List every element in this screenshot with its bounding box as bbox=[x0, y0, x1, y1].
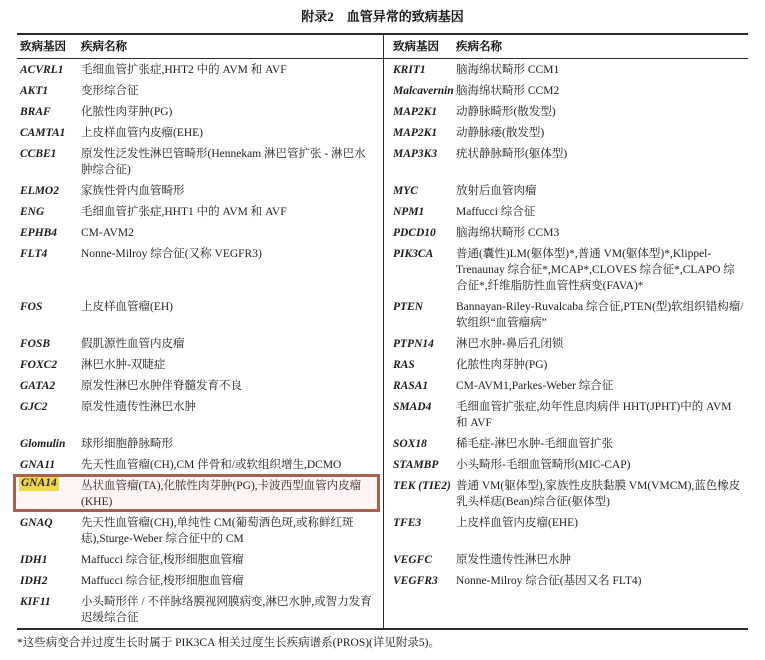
disease-name: 普通(囊性)LM(躯体型)*,普通 VM(躯体型)*,Klippel-Trena… bbox=[456, 243, 748, 296]
disease-name: 脑海绵状畸形 CCM1 bbox=[456, 59, 748, 80]
disease-name: 原发性遗传性淋巴水肿 bbox=[456, 549, 748, 570]
table-header-row: 致病基因 疾病名称 致病基因 疾病名称 bbox=[17, 33, 748, 59]
table-footnote: *这些病变合并过度生长时属于 PIK3CA 相关过度生长疾病谱系(PROS)(详… bbox=[17, 636, 748, 651]
gene-name: MYC bbox=[390, 180, 456, 201]
disease-name: CM-AVM2 bbox=[81, 222, 377, 243]
disease-name: 球形细胞静脉畸形 bbox=[81, 433, 377, 454]
row-left-half: GNAQ先天性血管瘤(CH),单纯性 CM(葡萄酒色斑,或称鲜红斑痣),Stur… bbox=[17, 512, 383, 549]
disease-name: 脑海绵状畸形 CCM3 bbox=[456, 222, 748, 243]
gene-name: MAP3K3 bbox=[390, 143, 456, 180]
gene-name: MAP2K1 bbox=[390, 101, 456, 122]
gene-name: GATA2 bbox=[17, 375, 81, 396]
disease-name: 放射后血管肉瘤 bbox=[456, 180, 748, 201]
row-left-half: AKT1变形综合征 bbox=[17, 80, 383, 101]
gene-name: FOXC2 bbox=[17, 354, 81, 375]
gene-name: GJC2 bbox=[17, 396, 81, 433]
gene-name: PIK3CA bbox=[390, 243, 456, 296]
gene-name: Malcavernin bbox=[390, 80, 456, 101]
disease-name: Maffucci 综合征 bbox=[456, 201, 748, 222]
row-left-half: FOXC2淋巴水肿-双睫症 bbox=[17, 354, 383, 375]
disease-name: 化脓性肉芽肿(PG) bbox=[456, 354, 748, 375]
gene-name: TFE3 bbox=[390, 512, 456, 549]
gene-name: Glomulin bbox=[17, 433, 81, 454]
disease-name: Maffucci 综合征,梭形细胞血管瘤 bbox=[81, 570, 377, 591]
disease-name: 假肌源性血管内皮瘤 bbox=[81, 333, 377, 354]
gene-name: SMAD4 bbox=[390, 396, 456, 433]
table-row: IDH1Maffucci 综合征,梭形细胞血管瘤VEGFC原发性遗传性淋巴水肿 bbox=[17, 549, 748, 570]
header-gene-right: 致病基因 bbox=[390, 35, 456, 58]
disease-name: 上皮样血管瘤(EH) bbox=[81, 296, 377, 333]
table-row: FOXC2淋巴水肿-双睫症RAS化脓性肉芽肿(PG) bbox=[17, 354, 748, 375]
disease-name: 毛细血管扩张症,HHT1 中的 AVM 和 AVF bbox=[81, 201, 377, 222]
disease-name: 化脓性肉芽肿(PG) bbox=[81, 101, 377, 122]
row-right-half bbox=[383, 591, 748, 628]
disease-name: 丛状血管瘤(TA),化脓性肉芽肿(PG),卡波西型血管内皮瘤(KHE) bbox=[81, 475, 377, 512]
table-row: FOS上皮样血管瘤(EH)PTENBannayan-Riley-Ruvalcab… bbox=[17, 296, 748, 333]
gene-name: PDCD10 bbox=[390, 222, 456, 243]
gene-table: 致病基因 疾病名称 致病基因 疾病名称 ACVRL1毛细血管扩张症,HHT2 中… bbox=[17, 33, 748, 630]
row-left-half: ENG毛细血管扩张症,HHT1 中的 AVM 和 AVF bbox=[17, 201, 383, 222]
disease-name: 小头畸形-毛细血管畸形(MIC-CAP) bbox=[456, 454, 748, 475]
table-row: CCBE1原发性泛发性淋巴管畸形(Hennekam 淋巴管扩张 - 淋巴水肿综合… bbox=[17, 143, 748, 180]
table-row: KIF11小头畸形伴 / 不伴脉络膜视网膜病变,淋巴水肿,或智力发育迟缓综合征 bbox=[17, 591, 748, 628]
disease-name: 脑海绵状畸形 CCM2 bbox=[456, 80, 748, 101]
table-row: AKT1变形综合征Malcavernin脑海绵状畸形 CCM2 bbox=[17, 80, 748, 101]
disease-name: 原发性遗传性淋巴水肿 bbox=[81, 396, 377, 433]
row-left-half: FOS上皮样血管瘤(EH) bbox=[17, 296, 383, 333]
table-row: CAMTA1上皮样血管内皮瘤(EHE)MAP2K1动静脉瘘(散发型) bbox=[17, 122, 748, 143]
disease-name: Maffucci 综合征,梭形细胞血管瘤 bbox=[81, 549, 377, 570]
gene-name: FOS bbox=[17, 296, 81, 333]
disease-name: 动静脉畸形(散发型) bbox=[456, 101, 748, 122]
header-right-half: 致病基因 疾病名称 bbox=[383, 35, 748, 58]
gene-name: FLT4 bbox=[17, 243, 81, 296]
gene-name: GNA11 bbox=[17, 454, 81, 475]
table-row: EPHB4CM-AVM2PDCD10脑海绵状畸形 CCM3 bbox=[17, 222, 748, 243]
disease-name: CM-AVM1,Parkes-Weber 综合征 bbox=[456, 375, 748, 396]
row-right-half: PTENBannayan-Riley-Ruvalcaba 综合征,PTEN(型)… bbox=[383, 296, 748, 333]
table-row: IDH2Maffucci 综合征,梭形细胞血管瘤VEGFR3Nonne-Milr… bbox=[17, 570, 748, 591]
gene-name: ACVRL1 bbox=[17, 59, 81, 80]
row-left-half: GATA2原发性淋巴水肿伴脊髓发育不良 bbox=[17, 375, 383, 396]
gene-name: KIF11 bbox=[17, 591, 81, 628]
row-right-half: RAS化脓性肉芽肿(PG) bbox=[383, 354, 748, 375]
row-right-half: MAP2K1动静脉瘘(散发型) bbox=[383, 122, 748, 143]
row-left-half: CAMTA1上皮样血管内皮瘤(EHE) bbox=[17, 122, 383, 143]
row-right-half: VEGFR3Nonne-Milroy 综合征(基因又名 FLT4) bbox=[383, 570, 748, 591]
row-right-half: KRIT1脑海绵状畸形 CCM1 bbox=[383, 59, 748, 80]
disease-name: 淋巴水肿-双睫症 bbox=[81, 354, 377, 375]
gene-name: SOX18 bbox=[390, 433, 456, 454]
disease-name: Bannayan-Riley-Ruvalcaba 综合征,PTEN(型)软组织错… bbox=[456, 296, 748, 333]
table-row: GNAQ先天性血管瘤(CH),单纯性 CM(葡萄酒色斑,或称鲜红斑痣),Stur… bbox=[17, 512, 748, 549]
disease-name: 先天性血管瘤(CH),CM 伴骨和/或软组织增生,DCMO bbox=[81, 454, 377, 475]
row-left-half: CCBE1原发性泛发性淋巴管畸形(Hennekam 淋巴管扩张 - 淋巴水肿综合… bbox=[17, 143, 383, 180]
disease-name: 普通 VM(躯体型),家族性皮肤黏膜 VM(VMCM),蓝色橡皮乳头样痣(Bea… bbox=[456, 475, 748, 512]
table-row: GJC2原发性遗传性淋巴水肿SMAD4毛细血管扩张症,幼年性息肉病伴 HHT(J… bbox=[17, 396, 748, 433]
row-left-half: ACVRL1毛细血管扩张症,HHT2 中的 AVM 和 AVF bbox=[17, 59, 383, 80]
gene-name: VEGFR3 bbox=[390, 570, 456, 591]
row-right-half: PDCD10脑海绵状畸形 CCM3 bbox=[383, 222, 748, 243]
row-right-half: PTPN14淋巴水肿-鼻后孔闭锁 bbox=[383, 333, 748, 354]
header-left-half: 致病基因 疾病名称 bbox=[17, 35, 383, 58]
gene-name: NPM1 bbox=[390, 201, 456, 222]
table-row: GNA14丛状血管瘤(TA),化脓性肉芽肿(PG),卡波西型血管内皮瘤(KHE)… bbox=[17, 475, 748, 512]
row-left-half: FLT4Nonne-Milroy 综合征(又称 VEGFR3) bbox=[17, 243, 383, 296]
row-left-half: IDH1Maffucci 综合征,梭形细胞血管瘤 bbox=[17, 549, 383, 570]
row-right-half: TFE3上皮样血管内皮瘤(EHE) bbox=[383, 512, 748, 549]
gene-name: PTEN bbox=[390, 296, 456, 333]
gene-name: ELMO2 bbox=[17, 180, 81, 201]
header-disease-left: 疾病名称 bbox=[81, 35, 377, 58]
gene-name: PTPN14 bbox=[390, 333, 456, 354]
row-left-half: GNA14丛状血管瘤(TA),化脓性肉芽肿(PG),卡波西型血管内皮瘤(KHE) bbox=[17, 475, 383, 512]
gene-name: GNAQ bbox=[17, 512, 81, 549]
gene-name bbox=[390, 591, 456, 628]
row-left-half: EPHB4CM-AVM2 bbox=[17, 222, 383, 243]
table-title: 附录2 血管异常的致病基因 bbox=[17, 8, 748, 26]
gene-name: RASA1 bbox=[390, 375, 456, 396]
gene-name: RAS bbox=[390, 354, 456, 375]
disease-name: Nonne-Milroy 综合征(又称 VEGFR3) bbox=[81, 243, 377, 296]
disease-name: 原发性泛发性淋巴管畸形(Hennekam 淋巴管扩张 - 淋巴水肿综合征) bbox=[81, 143, 377, 180]
table-row: FLT4Nonne-Milroy 综合征(又称 VEGFR3)PIK3CA普通(… bbox=[17, 243, 748, 296]
row-right-half: STAMBP小头畸形-毛细血管畸形(MIC-CAP) bbox=[383, 454, 748, 475]
header-disease-right: 疾病名称 bbox=[456, 35, 748, 58]
disease-name: 毛细血管扩张症,幼年性息肉病伴 HHT(JPHT)中的 AVM 和 AVF bbox=[456, 396, 748, 433]
document-page: 附录2 血管异常的致病基因 致病基因 疾病名称 致病基因 疾病名称 ACVRL1… bbox=[0, 0, 765, 660]
disease-name: 家族性骨内血管畸形 bbox=[81, 180, 377, 201]
disease-name: 先天性血管瘤(CH),单纯性 CM(葡萄酒色斑,或称鲜红斑痣),Sturge-W… bbox=[81, 512, 377, 549]
disease-name: 上皮样血管内皮瘤(EHE) bbox=[456, 512, 748, 549]
disease-name: 淋巴水肿-鼻后孔闭锁 bbox=[456, 333, 748, 354]
row-right-half: SMAD4毛细血管扩张症,幼年性息肉病伴 HHT(JPHT)中的 AVM 和 A… bbox=[383, 396, 748, 433]
row-right-half: NPM1Maffucci 综合征 bbox=[383, 201, 748, 222]
disease-name: 毛细血管扩张症,HHT2 中的 AVM 和 AVF bbox=[81, 59, 377, 80]
row-left-half: IDH2Maffucci 综合征,梭形细胞血管瘤 bbox=[17, 570, 383, 591]
row-right-half: VEGFC原发性遗传性淋巴水肿 bbox=[383, 549, 748, 570]
gene-name: FOSB bbox=[17, 333, 81, 354]
row-left-half: FOSB假肌源性血管内皮瘤 bbox=[17, 333, 383, 354]
gene-name: BRAF bbox=[17, 101, 81, 122]
gene-name: VEGFC bbox=[390, 549, 456, 570]
disease-name: 动静脉瘘(散发型) bbox=[456, 122, 748, 143]
table-row: GNA11先天性血管瘤(CH),CM 伴骨和/或软组织增生,DCMOSTAMBP… bbox=[17, 454, 748, 475]
gene-name: ENG bbox=[17, 201, 81, 222]
table-row: FOSB假肌源性血管内皮瘤PTPN14淋巴水肿-鼻后孔闭锁 bbox=[17, 333, 748, 354]
gene-name: STAMBP bbox=[390, 454, 456, 475]
gene-name: IDH1 bbox=[17, 549, 81, 570]
row-right-half: MYC放射后血管肉瘤 bbox=[383, 180, 748, 201]
table-row: ACVRL1毛细血管扩张症,HHT2 中的 AVM 和 AVFKRIT1脑海绵状… bbox=[17, 59, 748, 80]
gene-name: AKT1 bbox=[17, 80, 81, 101]
row-right-half: SOX18稀毛症-淋巴水肿-毛细血管扩张 bbox=[383, 433, 748, 454]
row-right-half: TEK (TIE2)普通 VM(躯体型),家族性皮肤黏膜 VM(VMCM),蓝色… bbox=[383, 475, 748, 512]
disease-name bbox=[456, 591, 748, 628]
gene-name: MAP2K1 bbox=[390, 122, 456, 143]
gene-name: CAMTA1 bbox=[17, 122, 81, 143]
gene-name: CCBE1 bbox=[17, 143, 81, 180]
table-row: ELMO2家族性骨内血管畸形MYC放射后血管肉瘤 bbox=[17, 180, 748, 201]
disease-name: 疣状静脉畸形(躯体型) bbox=[456, 143, 748, 180]
disease-name: 小头畸形伴 / 不伴脉络膜视网膜病变,淋巴水肿,或智力发育迟缓综合征 bbox=[81, 591, 377, 628]
disease-name: 原发性淋巴水肿伴脊髓发育不良 bbox=[81, 375, 377, 396]
row-left-half: Glomulin球形细胞静脉畸形 bbox=[17, 433, 383, 454]
row-right-half: RASA1CM-AVM1,Parkes-Weber 综合征 bbox=[383, 375, 748, 396]
table-row: GATA2原发性淋巴水肿伴脊髓发育不良RASA1CM-AVM1,Parkes-W… bbox=[17, 375, 748, 396]
row-right-half: Malcavernin脑海绵状畸形 CCM2 bbox=[383, 80, 748, 101]
gene-name: TEK (TIE2) bbox=[390, 475, 456, 512]
row-left-half: BRAF化脓性肉芽肿(PG) bbox=[17, 101, 383, 122]
table-body: ACVRL1毛细血管扩张症,HHT2 中的 AVM 和 AVFKRIT1脑海绵状… bbox=[17, 59, 748, 630]
row-right-half: MAP3K3疣状静脉畸形(躯体型) bbox=[383, 143, 748, 180]
table-row: Glomulin球形细胞静脉畸形SOX18稀毛症-淋巴水肿-毛细血管扩张 bbox=[17, 433, 748, 454]
gene-name: GNA14 bbox=[19, 475, 59, 491]
gene-name: IDH2 bbox=[17, 570, 81, 591]
header-gene-left: 致病基因 bbox=[17, 35, 81, 58]
row-left-half: ELMO2家族性骨内血管畸形 bbox=[17, 180, 383, 201]
table-row: BRAF化脓性肉芽肿(PG)MAP2K1动静脉畸形(散发型) bbox=[17, 101, 748, 122]
gene-name: KRIT1 bbox=[390, 59, 456, 80]
disease-name: 稀毛症-淋巴水肿-毛细血管扩张 bbox=[456, 433, 748, 454]
row-right-half: PIK3CA普通(囊性)LM(躯体型)*,普通 VM(躯体型)*,Klippel… bbox=[383, 243, 748, 296]
row-left-half: KIF11小头畸形伴 / 不伴脉络膜视网膜病变,淋巴水肿,或智力发育迟缓综合征 bbox=[17, 591, 383, 628]
disease-name: 上皮样血管内皮瘤(EHE) bbox=[81, 122, 377, 143]
disease-name: Nonne-Milroy 综合征(基因又名 FLT4) bbox=[456, 570, 748, 591]
disease-name: 变形综合征 bbox=[81, 80, 377, 101]
gene-name: EPHB4 bbox=[17, 222, 81, 243]
row-left-half: GJC2原发性遗传性淋巴水肿 bbox=[17, 396, 383, 433]
row-right-half: MAP2K1动静脉畸形(散发型) bbox=[383, 101, 748, 122]
row-left-half: GNA11先天性血管瘤(CH),CM 伴骨和/或软组织增生,DCMO bbox=[17, 454, 383, 475]
table-row: ENG毛细血管扩张症,HHT1 中的 AVM 和 AVFNPM1Maffucci… bbox=[17, 201, 748, 222]
